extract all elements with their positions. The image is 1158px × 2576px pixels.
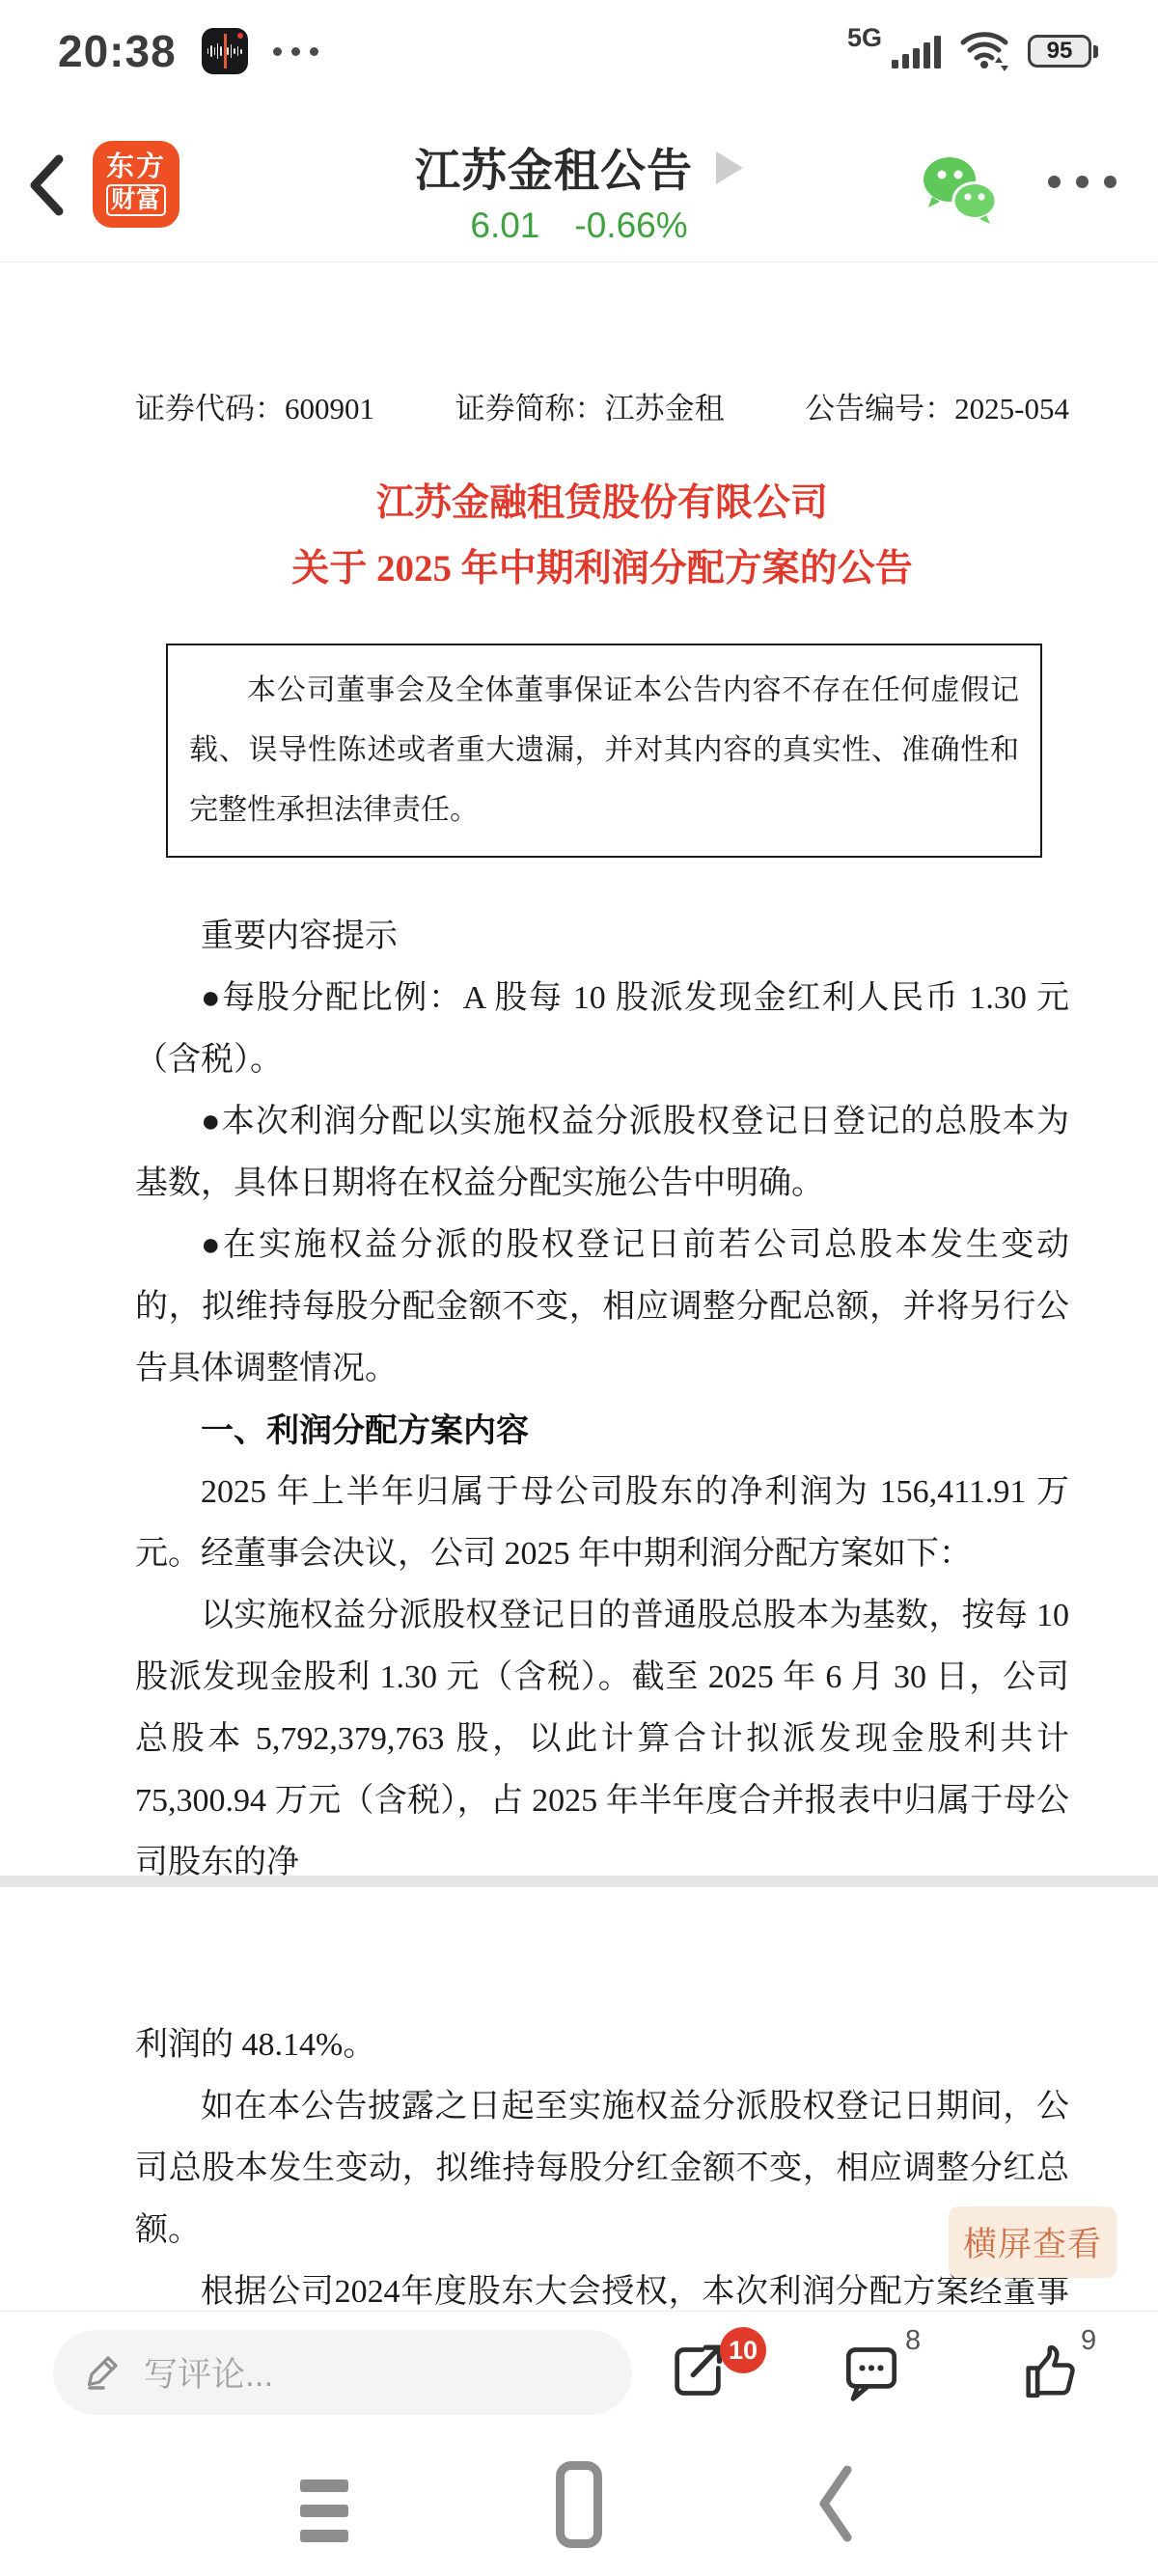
nav-menu-button[interactable] bbox=[300, 2480, 348, 2542]
recording-dot-icon bbox=[237, 33, 243, 39]
board-statement-text: 本公司董事会及全体董事保证本公告内容不存在任何虚假记载、误导性陈述或者重大遗漏，… bbox=[189, 661, 1019, 840]
page1-body: 重要内容提示 ●每股分配比例：A 股每 10 股派发现金红利人民币 1.30 元… bbox=[135, 906, 1069, 1876]
status-bar-left: 20:38 bbox=[58, 17, 318, 85]
like-count: 9 bbox=[1081, 2325, 1096, 2357]
nav-back-chevron-icon bbox=[816, 2464, 853, 2543]
app-header: 东方 财富 江苏金租公告 6.01 -0.66% bbox=[0, 106, 1158, 262]
para-change-note: 如在本公告披露之日起至实施权益分派股权登记日期间，公司总股本发生变动，拟维持每股… bbox=[135, 2076, 1069, 2261]
status-bar: 20:38 5G 95 bbox=[0, 0, 1158, 106]
comment-bubble-icon bbox=[841, 2341, 901, 2402]
landscape-view-button[interactable]: 横屏查看 bbox=[949, 2206, 1117, 2278]
announcement-title: 关于 2025 年中期利润分配方案的公告 bbox=[135, 543, 1069, 595]
stock-change: -0.66% bbox=[574, 206, 687, 246]
battery-icon: 95 bbox=[1028, 35, 1098, 68]
page-title: 江苏金租公告 bbox=[415, 135, 693, 200]
pencil-icon bbox=[84, 2353, 123, 2392]
landscape-view-label: 横屏查看 bbox=[963, 2218, 1102, 2266]
wechat-icon bbox=[919, 152, 1002, 226]
tip-title: 重要内容提示 bbox=[135, 906, 1069, 968]
bottom-action-bar: 写评论... 10 8 9 bbox=[0, 2311, 1158, 2431]
share-button[interactable] bbox=[668, 2341, 728, 2407]
bullet-adjust: ●在实施权益分派的股权登记日前若公司总股本发生变动的，拟维持每股分配金额不变，相… bbox=[135, 1215, 1069, 1400]
system-nav-bar bbox=[0, 2431, 1158, 2576]
network-type-label: 5G bbox=[847, 23, 882, 53]
comment-count: 8 bbox=[905, 2325, 921, 2357]
page-separator bbox=[0, 1876, 1158, 1887]
company-title: 江苏金融租赁股份有限公司 bbox=[135, 478, 1069, 530]
share-icon bbox=[668, 2341, 728, 2402]
clock: 20:38 bbox=[58, 25, 177, 77]
signal-strength-icon bbox=[892, 34, 941, 69]
bullet-ratio: ●每股分配比例：A 股每 10 股派发现金红利人民币 1.30 元（含税）。 bbox=[135, 968, 1069, 1091]
more-menu-button[interactable] bbox=[1048, 176, 1117, 188]
board-statement-box: 本公司董事会及全体董事保证本公告内容不存在任何虚假记载、误导性陈述或者重大遗漏，… bbox=[166, 644, 1042, 858]
security-meta-row: 证券代码：600901 证券简称：江苏金租 公告编号：2025-054 bbox=[135, 384, 1069, 427]
notification-ellipsis-icon bbox=[273, 47, 318, 56]
comment-input[interactable]: 写评论... bbox=[53, 2330, 632, 2415]
announcement-document: 证券代码：600901 证券简称：江苏金租 公告编号：2025-054 江苏金融… bbox=[0, 262, 1158, 2321]
expand-triangle-icon[interactable] bbox=[716, 151, 743, 184]
section-heading: 一、利润分配方案内容 bbox=[135, 1400, 1069, 1462]
recorder-app-icon bbox=[202, 28, 248, 74]
para-continuation: 利润的 48.14%。 bbox=[135, 2014, 1069, 2076]
wechat-share-button[interactable] bbox=[919, 152, 1002, 226]
nav-home-button[interactable] bbox=[556, 2461, 602, 2548]
battery-level: 95 bbox=[1047, 38, 1073, 65]
para-netprofit: 2025 年上半年归属于母公司股东的净利润为 156,411.91 万元。经董事… bbox=[135, 1462, 1069, 1585]
comments-button[interactable] bbox=[841, 2341, 901, 2407]
para-dividend-detail: 以实施权益分派股权登记日的普通股总股本为基数，按每 10 股派发现金股利 1.3… bbox=[135, 1585, 1069, 1876]
pdf-page-1: 证券代码：600901 证券简称：江苏金租 公告编号：2025-054 江苏金融… bbox=[0, 262, 1158, 1876]
stock-price: 6.01 bbox=[470, 206, 539, 246]
bullet-base: ●本次利润分配以实施权益分派股权登记日登记的总股本为基数，具体日期将在权益分配实… bbox=[135, 1091, 1069, 1215]
like-button[interactable] bbox=[1019, 2341, 1079, 2407]
comment-placeholder: 写评论... bbox=[144, 2348, 273, 2397]
thumbs-up-icon bbox=[1019, 2341, 1079, 2402]
status-bar-right: 5G 95 bbox=[847, 17, 1098, 85]
security-abbr: 证券简称：江苏金租 bbox=[455, 384, 725, 427]
security-code: 证券代码：600901 bbox=[135, 384, 374, 427]
share-count-badge: 10 bbox=[720, 2327, 766, 2373]
wifi-icon bbox=[958, 27, 1010, 76]
recorder-cursor bbox=[224, 34, 227, 69]
nav-back-button[interactable] bbox=[816, 2464, 853, 2548]
announcement-number: 公告编号：2025-054 bbox=[805, 384, 1069, 427]
